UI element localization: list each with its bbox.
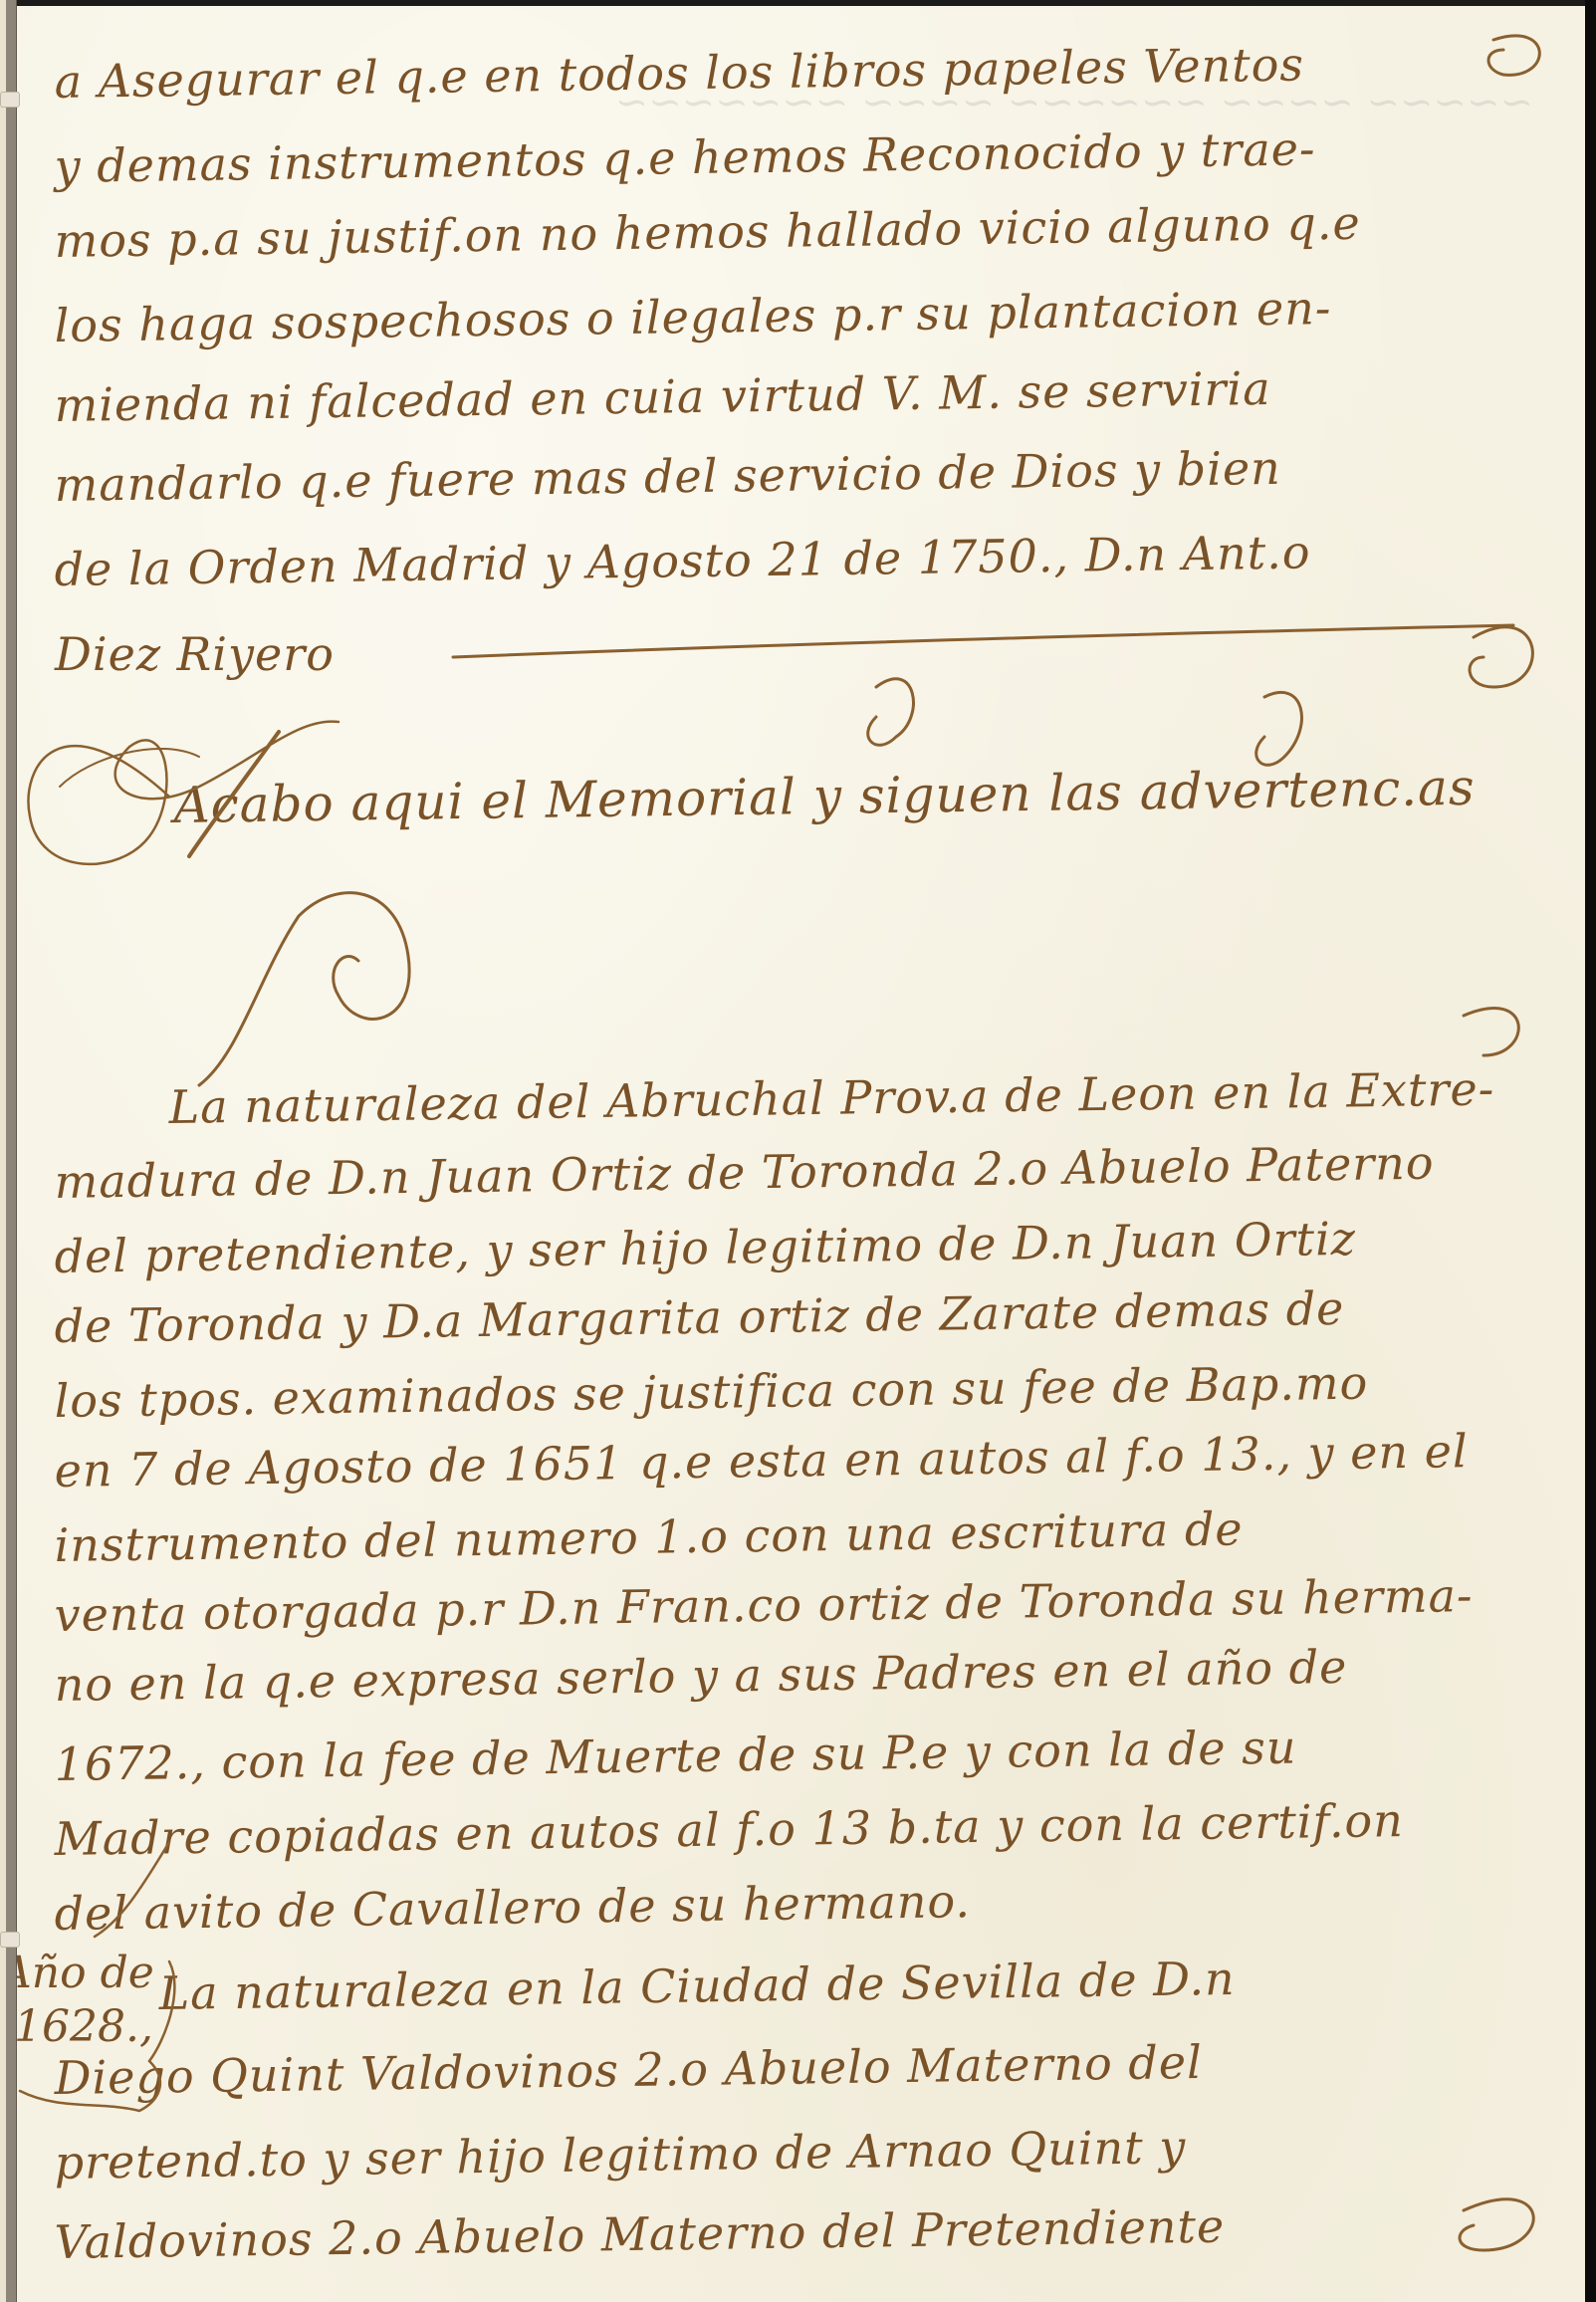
capital-a-flourish bbox=[29, 722, 339, 864]
scan-border-right bbox=[1585, 0, 1596, 2302]
d-loop bbox=[1470, 627, 1532, 687]
scan-border-top bbox=[0, 0, 1596, 6]
capital-l-spiral bbox=[199, 893, 409, 1085]
binding-stitch bbox=[0, 92, 20, 108]
d-loop bbox=[1488, 36, 1539, 75]
manuscript-page: ~~~~~ ~~~~ ~~~~~~ ~~~~ ~~~~~~~ a Asegura… bbox=[0, 0, 1585, 2302]
d-loop bbox=[868, 679, 914, 746]
calligraphic-flourishes bbox=[0, 0, 1596, 2302]
d-loop bbox=[1256, 692, 1302, 765]
d-loop bbox=[1460, 2199, 1533, 2250]
binding-stitch bbox=[0, 1932, 20, 1948]
d-loop bbox=[1464, 1009, 1518, 1055]
margin-bracket bbox=[20, 1842, 174, 2111]
binding-spine bbox=[6, 0, 17, 2302]
signature-rule bbox=[453, 625, 1513, 657]
